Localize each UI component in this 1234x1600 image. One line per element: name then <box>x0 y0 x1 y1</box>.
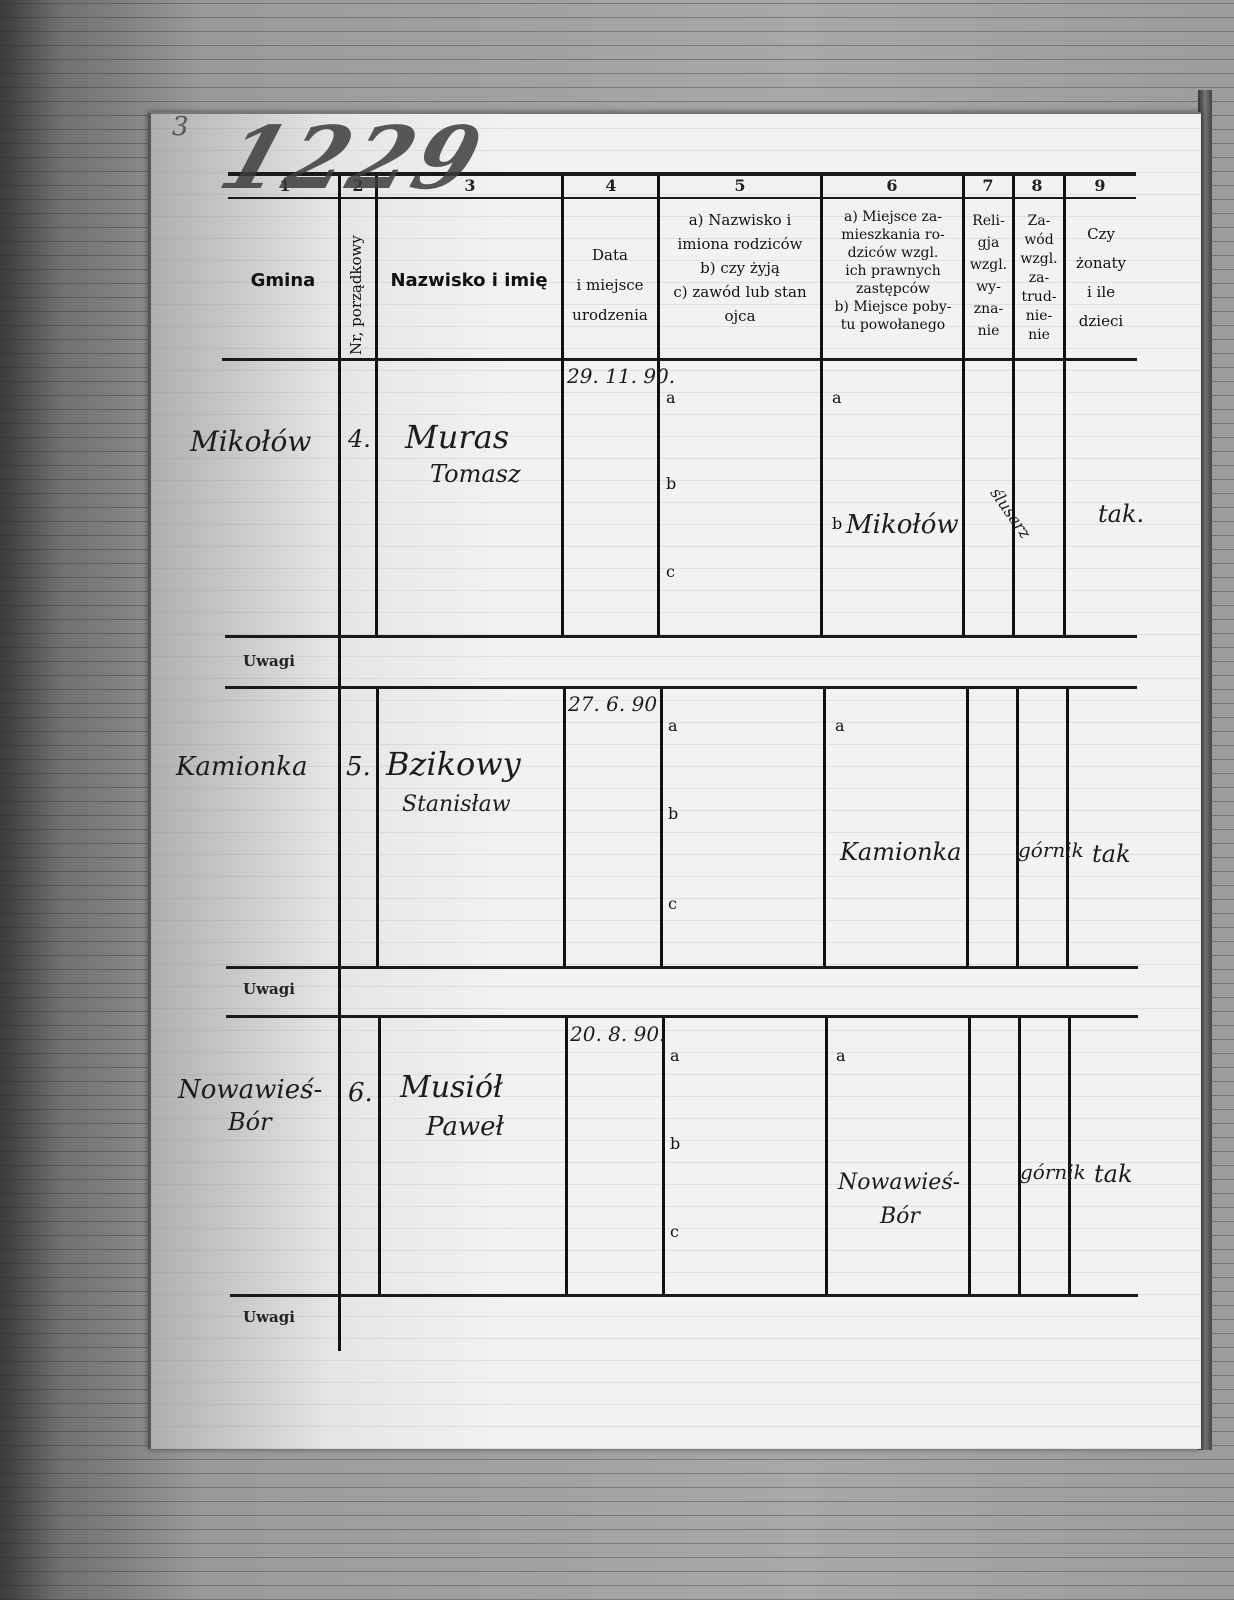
entry-2-label-5a: a <box>668 716 678 735</box>
col-sep-1 <box>338 176 341 1351</box>
column-number-4: 4 <box>596 176 626 195</box>
header-nazwisko-i-imie: Nazwisko i imię <box>378 270 560 291</box>
entry-3-remarks-label: Uwagi <box>243 1308 295 1326</box>
col-sep-3b <box>563 688 566 966</box>
col-sep-5c <box>825 1017 828 1295</box>
entry-3-label-5c: c <box>670 1222 679 1241</box>
header-col6-line2: mieszkania ro- <box>822 226 964 244</box>
col-sep-7b <box>1016 688 1019 966</box>
header-col6-line3: dziców wzgl. <box>822 244 964 262</box>
entry-1-surname: Muras <box>405 418 509 456</box>
header-bottom-rule <box>222 358 1137 361</box>
entry-2-married: tak <box>1092 840 1131 868</box>
entry-1-bottom-rule <box>225 635 1137 638</box>
header-col8-line5: trud- <box>1014 288 1064 307</box>
entry-3-residence-line2: Bór <box>880 1204 920 1229</box>
entry-1-residence: Mikołów <box>846 510 959 540</box>
entry-2-remarks-label: Uwagi <box>243 980 295 998</box>
header-col5-line2: imiona rodziców <box>659 232 821 256</box>
header-col5-line5: ojca <box>659 304 821 328</box>
entry-3-bottom-rule <box>230 1294 1138 1297</box>
header-col5-line3: b) czy żyją <box>659 256 821 280</box>
col-sep-5b <box>823 688 826 966</box>
header-col7-line1: Reli- <box>964 210 1013 232</box>
entry-1-nr: 4. <box>348 425 371 453</box>
header-col9-line2: żonaty <box>1065 249 1137 278</box>
header-col8-line2: wód <box>1014 231 1064 250</box>
header-religia: Reli- gja wzgl. wy- zna- nie <box>964 210 1013 342</box>
header-col8-line7: nie <box>1014 326 1064 345</box>
entry-3-surname: Musiół <box>400 1070 503 1105</box>
header-col5-line4: c) zawód lub stan <box>659 280 821 304</box>
entry-3-label-5a: a <box>670 1046 680 1065</box>
corner-mark: 3 <box>172 112 189 142</box>
header-col6-line7: tu powołanego <box>822 316 964 334</box>
header-rodzice: a) Nazwisko i imiona rodziców b) czy żyj… <box>659 208 821 328</box>
entry-3-nr: 6. <box>348 1078 373 1108</box>
header-col7-line4: wy- <box>964 276 1013 298</box>
header-col9-line1: Czy <box>1065 220 1137 249</box>
column-number-8: 8 <box>1022 176 1052 195</box>
header-col9-line4: dzieci <box>1065 307 1137 336</box>
column-number-7: 7 <box>973 176 1003 195</box>
entry-2-bottom-rule <box>226 966 1138 969</box>
entry-1-label-5b: b <box>666 474 676 493</box>
col-sep-8b <box>1066 688 1069 966</box>
column-number-5: 5 <box>725 176 755 195</box>
header-col8-line4: za- <box>1014 269 1064 288</box>
col-sep-4c <box>662 1017 665 1295</box>
col-sep-7c <box>1018 1017 1021 1295</box>
header-col6-line5: zastępców <box>822 280 964 298</box>
entry-2-given-name: Stanisław <box>402 792 511 817</box>
col-sep-2 <box>375 176 378 636</box>
col-sep-2c <box>378 1017 381 1295</box>
header-col8-line3: wzgl. <box>1014 250 1064 269</box>
header-col9-line3: i ile <box>1065 278 1137 307</box>
header-col4-line3: urodzenia <box>562 300 658 330</box>
header-zonaty: Czy żonaty i ile dzieci <box>1065 220 1137 336</box>
entry-1-label-6a: a <box>832 388 842 407</box>
entry-2-residence: Kamionka <box>840 838 961 866</box>
entry-3-given-name: Paweł <box>426 1112 504 1142</box>
entry-3-gmina-line1: Nowawieś- <box>178 1075 322 1105</box>
entry-2-label-5b: b <box>668 804 678 823</box>
col-sep-2b <box>376 688 379 966</box>
entry-1-remarks-rule <box>225 686 1137 689</box>
entry-2-remarks-rule <box>226 1015 1138 1018</box>
entry-2-label-6a: a <box>835 716 845 735</box>
entry-2-surname: Bzikowy <box>386 745 521 783</box>
col-sep-6b <box>966 688 969 966</box>
entry-1-birth-date: 29. 11. 90. <box>567 364 675 388</box>
header-miejsce-zamieszkania: a) Miejsce za- mieszkania ro- dziców wzg… <box>822 208 964 334</box>
entry-1-gmina: Mikołów <box>190 425 311 458</box>
entry-2-label-5c: c <box>668 894 677 913</box>
entry-3-label-5b: b <box>670 1134 680 1153</box>
col-sep-8c <box>1068 1017 1071 1295</box>
col-sep-3c <box>565 1017 568 1295</box>
handwritten-page-number: 1229 <box>209 108 497 209</box>
entry-1-label-6b: b <box>832 514 842 533</box>
entry-1-remarks-label: Uwagi <box>243 652 295 670</box>
column-number-9: 9 <box>1085 176 1115 195</box>
entry-2-nr: 5. <box>346 752 371 782</box>
col-sep-4b <box>660 688 663 966</box>
entry-1-married: tak. <box>1098 500 1144 528</box>
header-gmina: Gmina <box>230 270 336 291</box>
entry-2-birth-date: 27. 6. 90 <box>568 692 657 716</box>
header-nr-porzadkowy: Nr, porządkowy <box>347 235 365 355</box>
header-col4-line2: i miejsce <box>562 270 658 300</box>
header-data-urodzenia: Data i miejsce urodzenia <box>562 240 658 330</box>
header-zawod: Za- wód wzgl. za- trud- nie- nie <box>1014 212 1064 345</box>
header-col7-line3: wzgl. <box>964 254 1013 276</box>
entry-2-gmina: Kamionka <box>176 752 308 782</box>
col-sep-6c <box>968 1017 971 1295</box>
entry-1-label-5a: a <box>666 388 676 407</box>
entry-3-birth-date: 20. 8. 90. <box>570 1022 665 1046</box>
header-col7-line6: nie <box>964 320 1013 342</box>
entry-3-label-6a: a <box>836 1046 846 1065</box>
header-col6-line4: ich prawnych <box>822 262 964 280</box>
column-number-6: 6 <box>877 176 907 195</box>
header-col6-line6: b) Miejsce poby- <box>822 298 964 316</box>
header-col8-line6: nie- <box>1014 307 1064 326</box>
entry-3-gmina-line2: Bór <box>228 1108 272 1136</box>
header-col6-line1: a) Miejsce za- <box>822 208 964 226</box>
header-col5-line1: a) Nazwisko i <box>659 208 821 232</box>
header-col7-line2: gja <box>964 232 1013 254</box>
entry-1-label-5c: c <box>666 562 675 581</box>
entry-2-occupation: górnik <box>1018 838 1084 862</box>
header-col8-line1: Za- <box>1014 212 1064 231</box>
header-col7-line5: zna- <box>964 298 1013 320</box>
entry-1-given-name: Tomasz <box>430 460 521 488</box>
entry-3-married: tak <box>1094 1160 1133 1188</box>
entry-3-occupation: górnik <box>1020 1160 1086 1184</box>
entry-3-residence-line1: Nowawieś- <box>838 1170 960 1195</box>
header-col4-line1: Data <box>562 240 658 270</box>
